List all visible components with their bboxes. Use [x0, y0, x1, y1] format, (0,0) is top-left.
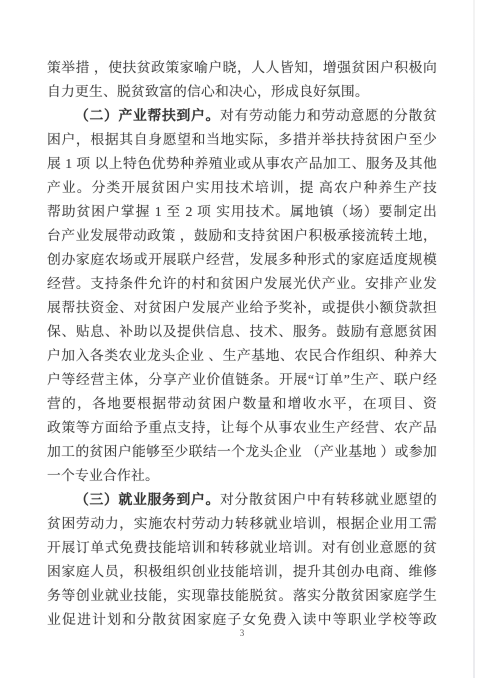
- text-line: 创办家庭农场或开展联户经营，发展多种形式的家庭适度规模: [47, 248, 437, 272]
- text-line: 一个专业合作社。: [47, 464, 437, 488]
- text-line: 贫困劳动力，实施农村劳动力转移就业培训，根据企业用工需求，: [47, 512, 437, 536]
- text-line: 帮助贫困户掌握 1 至 2 项 实用技术。属地镇（场）要制定出: [47, 200, 437, 224]
- text-line: 展 1 项 以上特色优势种养殖业或从事农产品加工、服务及其他: [47, 152, 437, 176]
- document-page: 策举措 ，使扶贫政策家喻户晓，人人皆知，增强贫困户积极向上、自力更生、脱贫致富的…: [0, 0, 480, 678]
- text-line: 产业。分类开展贫困户实用技术培训，提 高农户种养生产技能，: [47, 176, 437, 200]
- text-line: 困户，根据其自身愿望和当地实际，多措并举扶持贫困户至少发: [47, 128, 437, 152]
- section-heading: （三）就业服务到户。: [75, 492, 220, 507]
- text-line: 加工的贫困户能够至少联结一个龙头企业 （产业基地 ）或参加: [47, 440, 437, 464]
- text-line: 营的，各地要根据带动贫困户数量和增收水平，在项目、资金、: [47, 392, 437, 416]
- section-heading: （二）产业帮扶到户。: [75, 108, 220, 123]
- scan-artifact-line: [473, 0, 475, 678]
- text-line: 自力更生、脱贫致富的信心和决心，形成良好氛围。: [47, 80, 437, 104]
- text-line: 政策等方面给予重点支持，让每个从事农业生产经营、农产品: [47, 416, 437, 440]
- text-line: 策举措 ，使扶贫政策家喻户晓，人人皆知，增强贫困户积极向上、: [47, 56, 437, 80]
- text-line: 开展订单式免费技能培训和转移就业培训。对有创业意愿的贫: [47, 536, 437, 560]
- text-line: 展帮扶资金、对贫困户发展产业给予奖补，或提供小额贷款担: [47, 296, 437, 320]
- text-line: 户加入各类农业龙头企业 、生产基地、农民合作组织、种养大: [47, 344, 437, 368]
- text-line: 务等创业就业技能，实现靠技能脱贫。落实分散贫困家庭学生就: [47, 584, 437, 608]
- text-line: （三）就业服务到户。对分散贫困户中有转移就业愿望的: [47, 488, 437, 512]
- text-line: 困家庭人员，积极组织创业技能培训，提升其创办电商、维修服: [47, 560, 437, 584]
- text-line: 经营。支持条件允许的村和贫困户发展光伏产业。安排产业发: [47, 272, 437, 296]
- text-line: 户等经营主体，分享产业价值链条。开展“订单”生产、联户经: [47, 368, 437, 392]
- text-line: 台产业发展带动政策 ，鼓励和支持贫困户积极承接流转土地，: [47, 224, 437, 248]
- text-line: 保、贴息、补助以及提供信息、技术、服务。鼓励有意愿贫困: [47, 320, 437, 344]
- text-line: （二）产业帮扶到户。对有劳动能力和劳动意愿的分散贫: [47, 104, 437, 128]
- document-body: 策举措 ，使扶贫政策家喻户晓，人人皆知，增强贫困户积极向上、自力更生、脱贫致富的…: [47, 56, 437, 632]
- page-number: 3: [47, 627, 437, 639]
